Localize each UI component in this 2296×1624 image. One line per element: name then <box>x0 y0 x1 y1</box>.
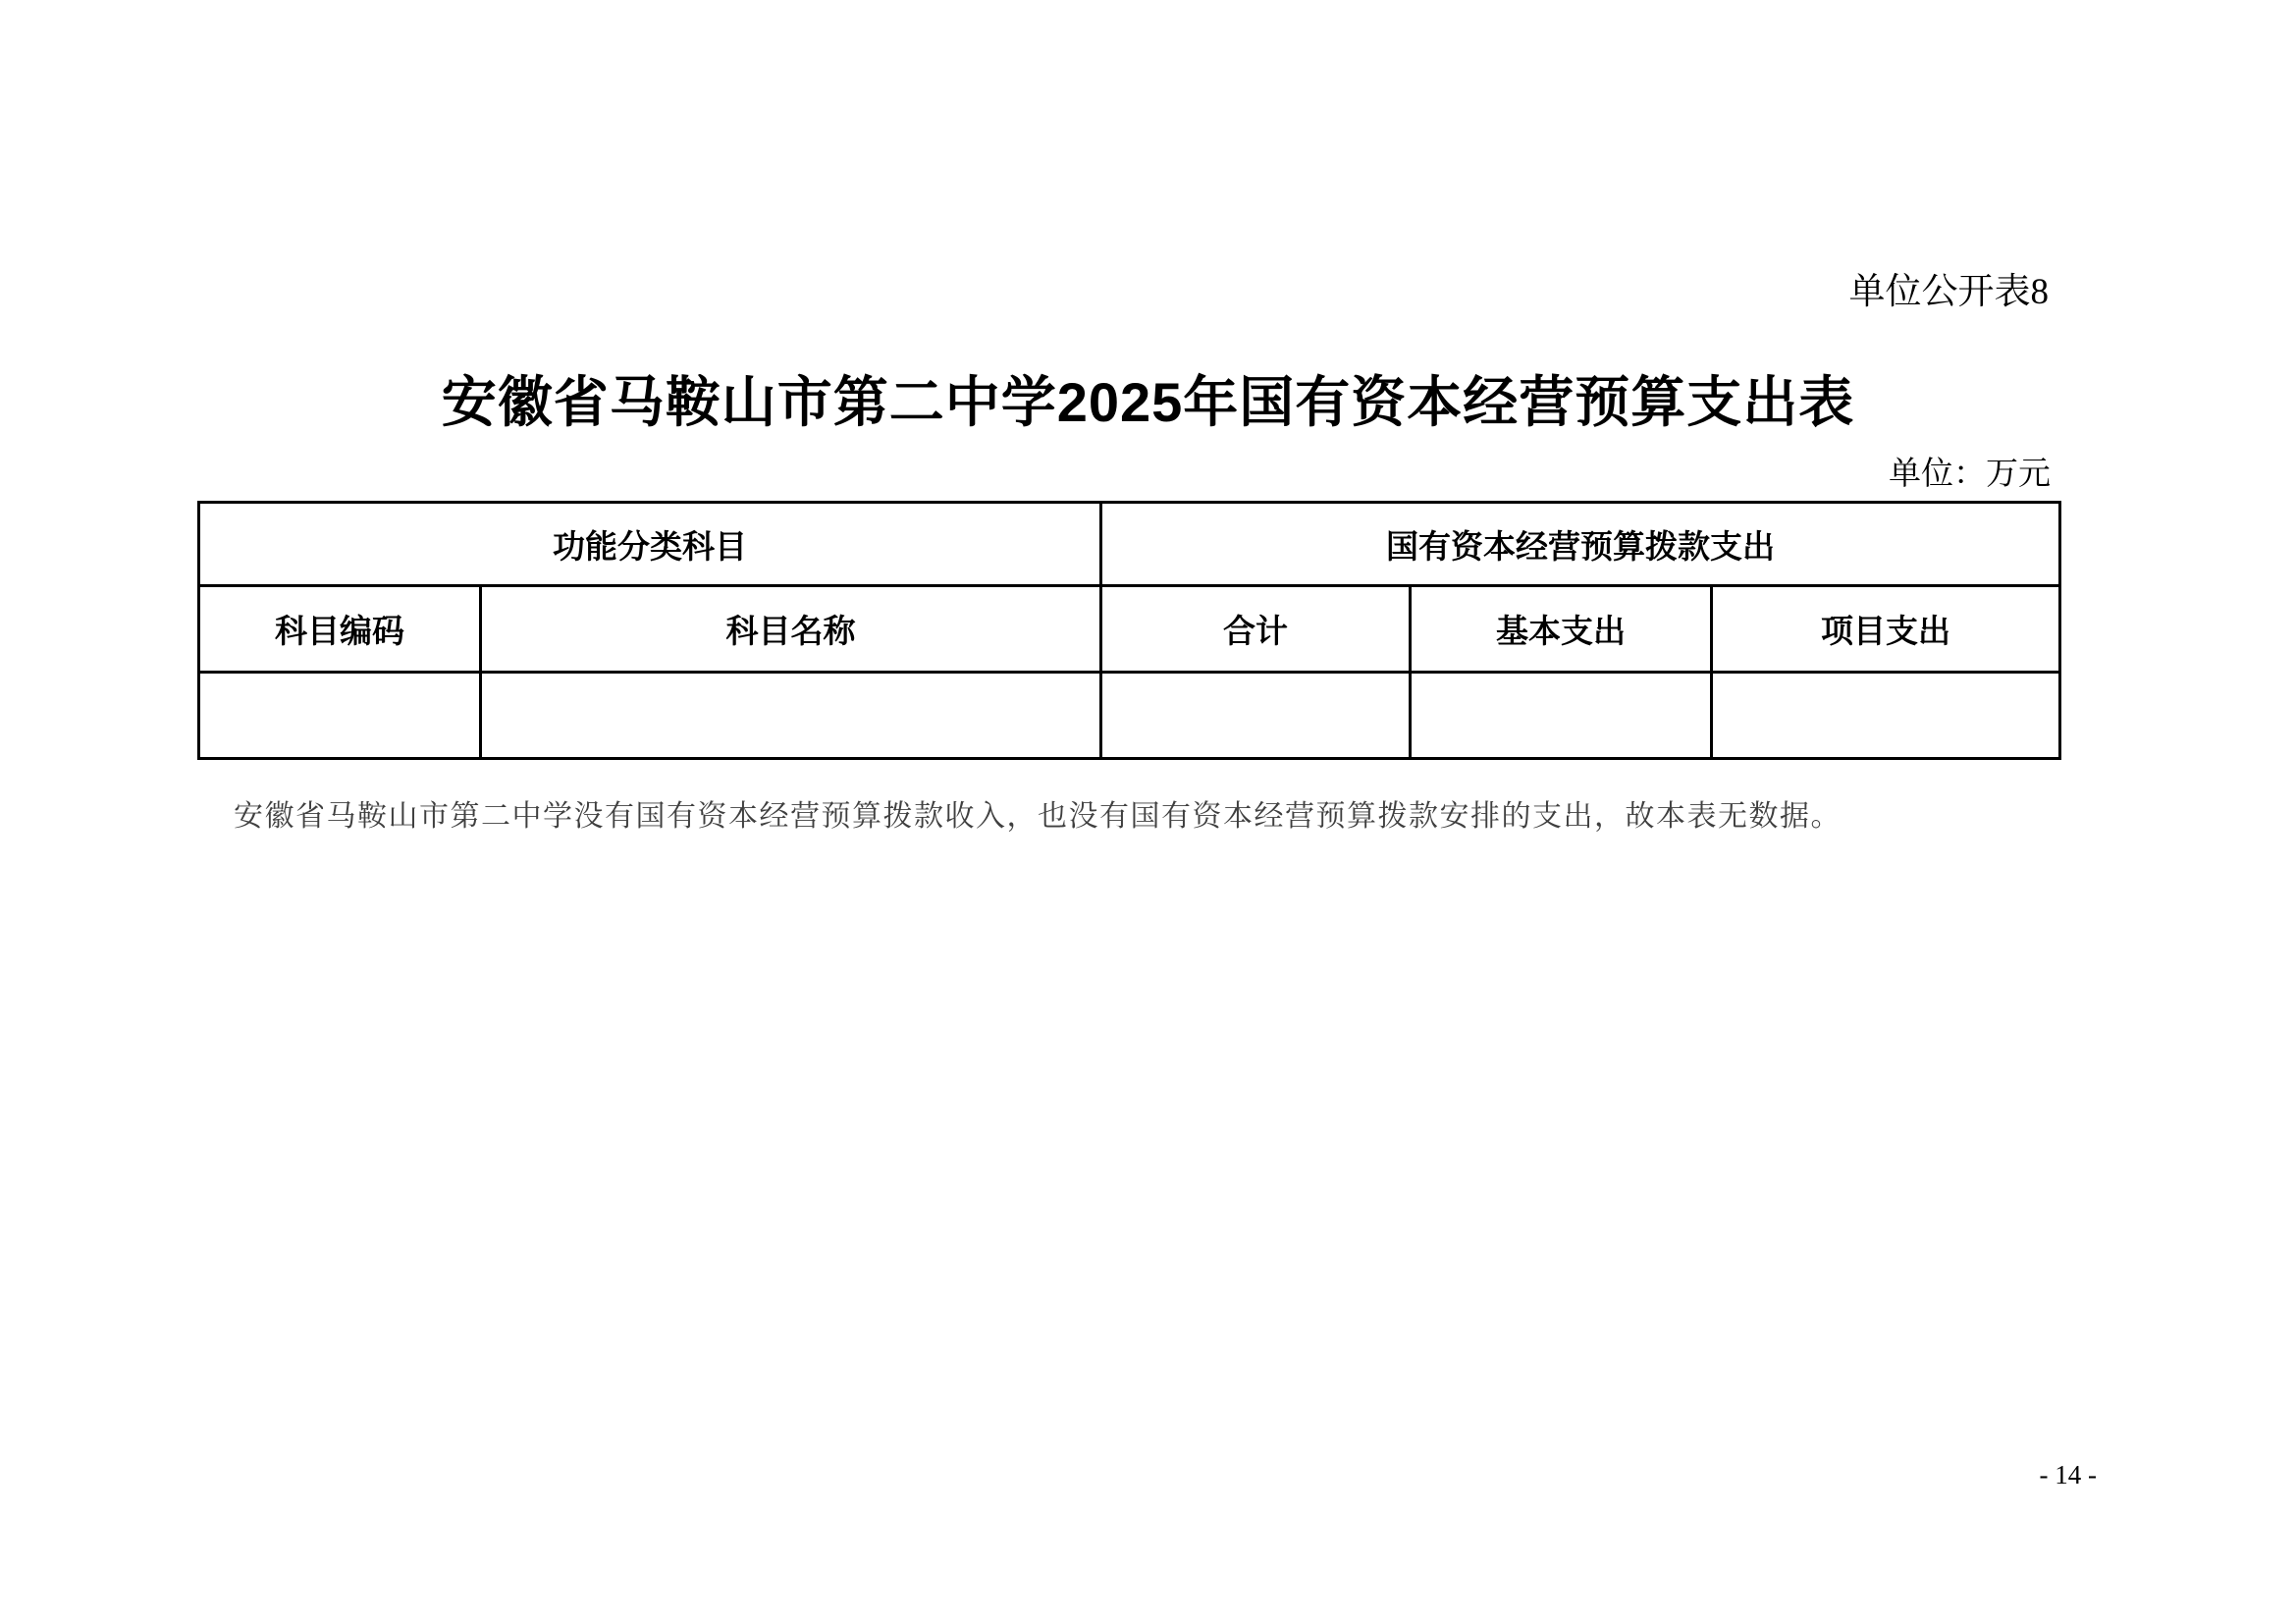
cell-subject-code <box>199 673 481 759</box>
table-row <box>199 673 2060 759</box>
column-header-subject-code: 科目编码 <box>199 586 481 673</box>
page-title: 安徽省马鞍山市第二中学2025年国有资本经营预算支出表 <box>0 365 2296 440</box>
cell-total <box>1101 673 1411 759</box>
unit-label: 单位：万元 <box>1889 456 2051 495</box>
cell-subject-name <box>481 673 1101 759</box>
budget-table: 功能分类科目 国有资本经营预算拨款支出 科目编码 科目名称 合计 基本支出 项目… <box>197 501 2061 760</box>
document-page: 单位公开表8 安徽省马鞍山市第二中学2025年国有资本经营预算支出表 单位：万元… <box>0 0 2296 1624</box>
column-header-total: 合计 <box>1101 586 1411 673</box>
column-header-basic-expenditure: 基本支出 <box>1411 586 1712 673</box>
group-header-functional-classification: 功能分类科目 <box>199 503 1101 586</box>
form-label: 单位公开表8 <box>1849 273 2050 313</box>
table-group-header-row: 功能分类科目 国有资本经营预算拨款支出 <box>199 503 2060 586</box>
group-header-state-capital-expenditure: 国有资本经营预算拨款支出 <box>1101 503 2060 586</box>
column-header-project-expenditure: 项目支出 <box>1712 586 2060 673</box>
no-data-note: 安徽省马鞍山市第二中学没有国有资本经营预算拨款收入，也没有国有资本经营预算拨款安… <box>234 797 1842 836</box>
column-header-subject-name: 科目名称 <box>481 586 1101 673</box>
table-column-header-row: 科目编码 科目名称 合计 基本支出 项目支出 <box>199 586 2060 673</box>
cell-basic-expenditure <box>1411 673 1712 759</box>
page-number: - 14 - <box>2040 1460 2097 1490</box>
cell-project-expenditure <box>1712 673 2060 759</box>
